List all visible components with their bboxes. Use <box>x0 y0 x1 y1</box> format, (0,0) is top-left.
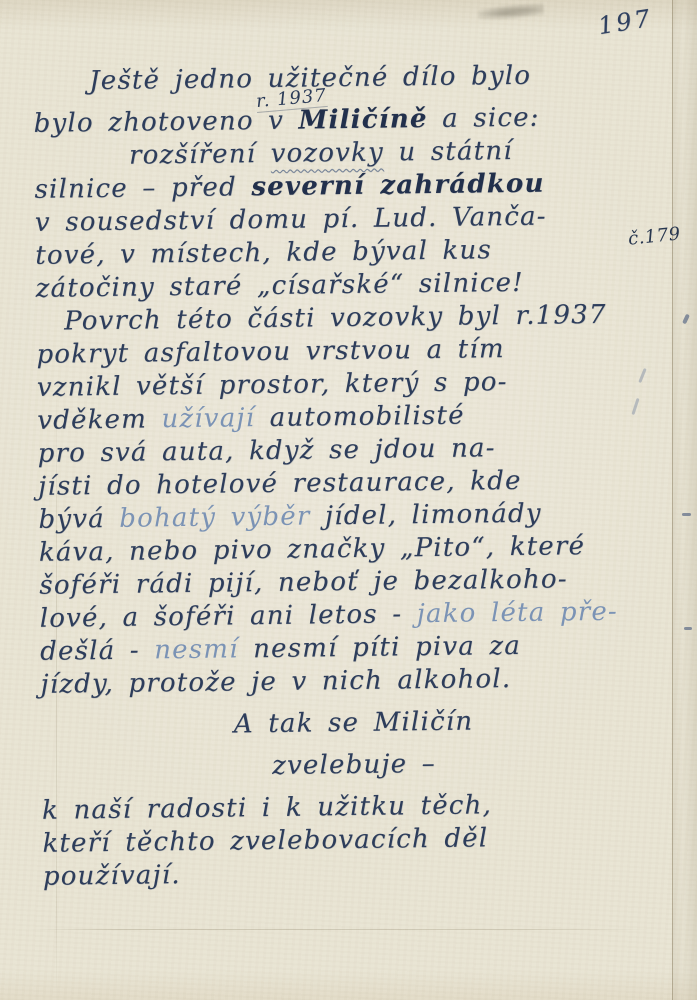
manuscript-line: zvelebuje – <box>41 745 666 786</box>
edge-ink-mark <box>684 627 692 630</box>
horizontal-crease <box>30 929 650 930</box>
manuscript-line: jízdy, protože je v nich alkohol. <box>40 661 665 702</box>
manuscript-page: 197 r. 1937 č.179 Ještě jedno užitečné d… <box>0 0 697 1000</box>
pencil-smudge <box>478 3 545 23</box>
manuscript-lines: Ještě jedno užitečné dílo bylobylo zhoto… <box>33 58 668 894</box>
manuscript-line: používají. <box>43 853 668 894</box>
manuscript-line: A tak se Miličín <box>41 703 666 744</box>
page-edge <box>672 0 697 1000</box>
page-number: 197 <box>596 4 655 40</box>
manuscript-line: Ještě jedno užitečné dílo bylo <box>33 58 658 99</box>
edge-ink-mark <box>682 513 691 516</box>
